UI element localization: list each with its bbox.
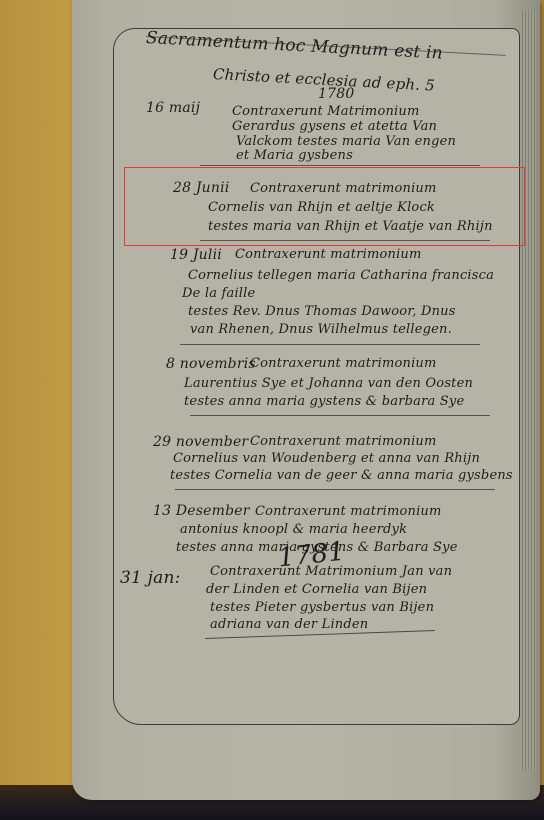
entry-date: 31 jan: xyxy=(120,568,181,588)
year-1780: 1780 xyxy=(318,86,354,102)
entry-divider xyxy=(175,489,495,490)
entry-divider xyxy=(190,415,490,416)
entry-line: Contraxerunt matrimonium xyxy=(255,504,442,519)
entry-line: Valckom testes maria Van engen xyxy=(236,134,456,149)
entry-line: Contraxerunt matrimonium xyxy=(250,356,437,371)
entry-date: 16 maij xyxy=(146,100,200,116)
entry-line: testes Pieter gysbertus van Bijen xyxy=(210,600,434,615)
entry-date: 19 Julii xyxy=(170,247,222,263)
selected-entry-highlight xyxy=(124,167,525,246)
page-stack-edge xyxy=(522,10,536,770)
entry-line: Cornelius van Woudenberg et anna van Rhi… xyxy=(173,451,480,466)
entry-line: Laurentius Sye et Johanna van den Oosten xyxy=(184,376,473,391)
entry-line: Cornelius tellegen maria Catharina franc… xyxy=(188,268,494,283)
entry-line: testes anna maria gystens & barbara Sye xyxy=(184,394,464,409)
entry-line: Contraxerunt Matrimonium Jan van xyxy=(210,564,452,579)
entry-line: der Linden et Cornelia van Bijen xyxy=(206,582,427,597)
entry-line: De la faille xyxy=(182,286,255,301)
entry-date: 29 november xyxy=(153,434,248,450)
entry-line: adriana van der Linden xyxy=(210,617,368,632)
entry-date: 13 Desember xyxy=(153,503,250,519)
entry-divider xyxy=(200,165,480,166)
entry-date: 8 novembris xyxy=(166,356,256,372)
entry-line: testes Rev. Dnus Thomas Dawoor, Dnus xyxy=(188,304,456,319)
entry-line: testes Cornelia van de geer & anna maria… xyxy=(170,468,513,483)
entry-line: Gerardus gysens et atetta Van xyxy=(232,119,437,134)
entry-line: Contraxerunt Matrimonium xyxy=(232,104,420,119)
entry-divider xyxy=(180,344,480,345)
entry-line: Contraxerunt matrimonium xyxy=(235,247,422,262)
entry-line: et Maria gysbens xyxy=(236,148,353,163)
entry-line: Contraxerunt matrimonium xyxy=(250,434,437,449)
entry-line: antonius knoopl & maria heerdyk xyxy=(180,522,407,537)
entry-line: van Rhenen, Dnus Wilhelmus tellegen. xyxy=(190,322,452,337)
